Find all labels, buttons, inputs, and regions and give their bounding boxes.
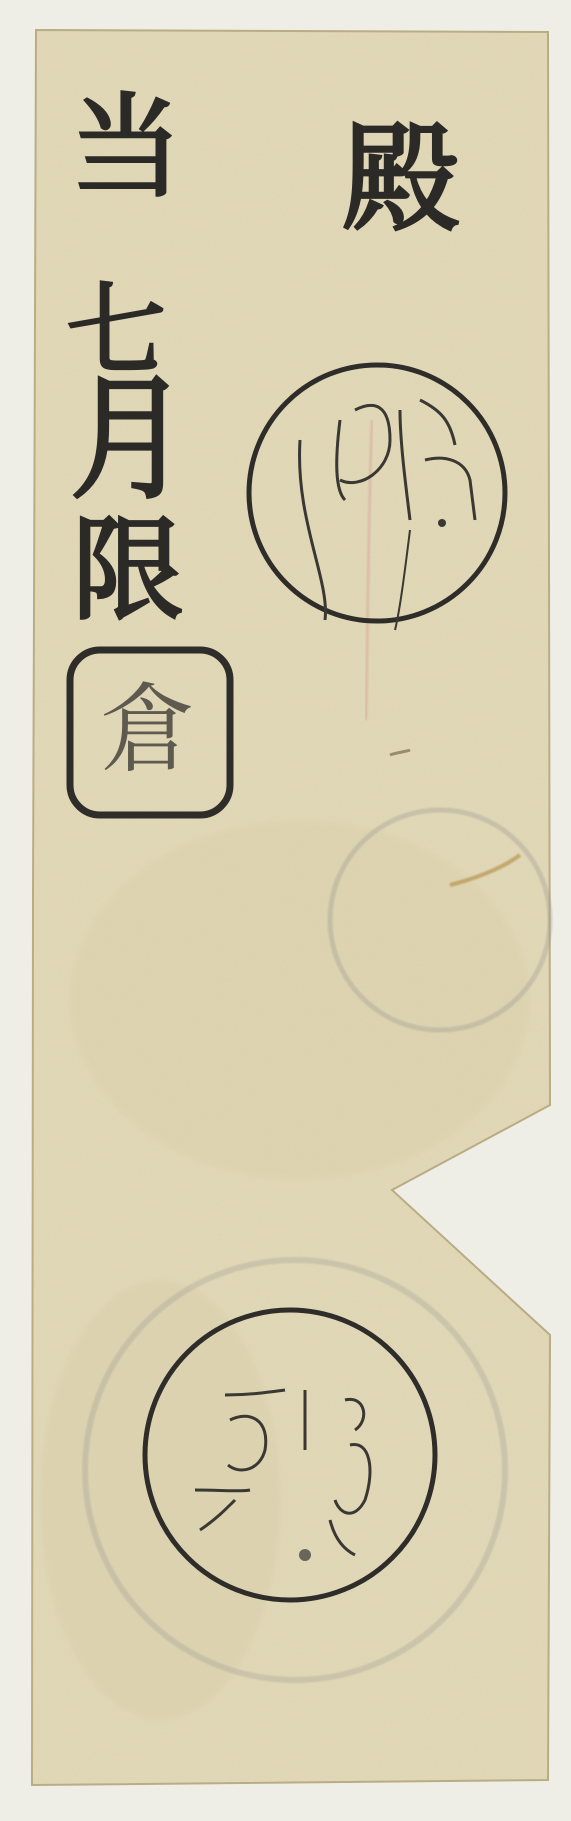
document-scan: 殿 当 七 月 限 倉 — [0, 0, 571, 1821]
char-tsuki: 月 — [70, 371, 188, 507]
char-dono: 殿 — [342, 120, 460, 238]
char-gen: 限 — [72, 515, 184, 627]
char-tou: 当 — [70, 92, 182, 204]
square-seal-text: 倉 — [100, 682, 196, 778]
